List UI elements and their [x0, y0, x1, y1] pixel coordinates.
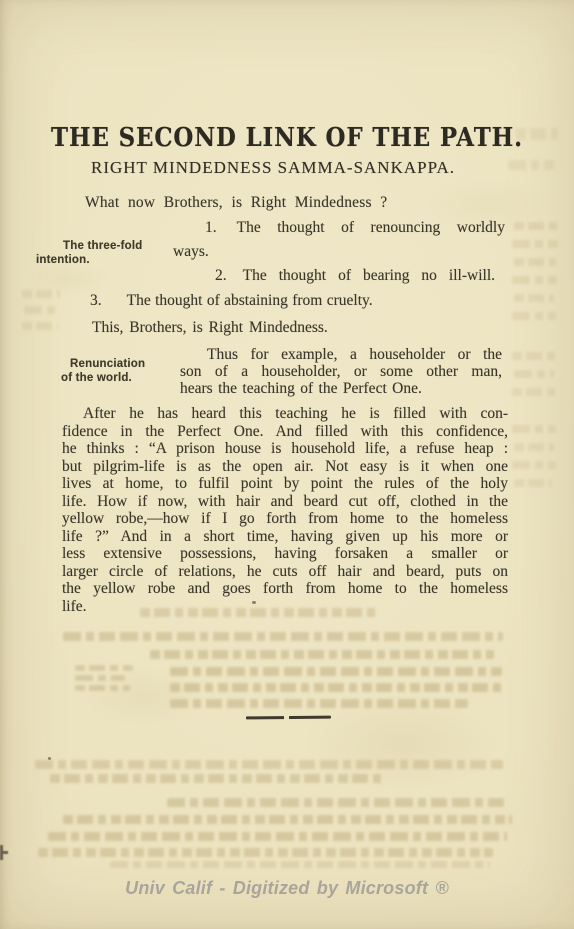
margin-note-line: Renunciation: [61, 358, 145, 372]
bleedthrough-smudge: [512, 461, 556, 469]
paragraph-line: life ?” And in a short time, having give…: [62, 528, 508, 546]
paragraph-line: yellow robe,—how if I go forth from home…: [62, 510, 508, 528]
bleedthrough-smudge: [50, 774, 385, 783]
bleedthrough-smudge: [514, 370, 554, 378]
paragraph-line: hears the teaching of the Perfect One.: [180, 380, 502, 397]
bleedthrough-smudge: [35, 760, 503, 769]
main-paragraph: After he has heard this teaching he is f…: [62, 405, 508, 615]
bleedthrough-smudge: [512, 312, 556, 320]
bleedthrough-smudge: [48, 832, 507, 841]
margin-note-line: intention.: [36, 254, 142, 268]
bleedthrough-smudge: [38, 848, 493, 857]
bleedthrough-smudge: [75, 675, 125, 681]
margin-note-line: The three-fold: [36, 240, 142, 254]
bleedthrough-smudge: [512, 388, 556, 396]
bleedthrough-smudge: [512, 352, 556, 360]
bleedthrough-smudge: [516, 128, 558, 140]
chapter-title: THE SECOND LINK OF THE PATH.: [34, 124, 539, 152]
paragraph-line: the yellow robe and goes forth from home…: [62, 580, 508, 598]
bleedthrough-smudge: [514, 294, 554, 302]
ink-speck: [252, 601, 256, 604]
paragraph-line: fidence in the Perfect One. And filled w…: [62, 423, 508, 441]
bleedthrough-smudge: [512, 276, 557, 284]
bleedthrough-smudge: [22, 290, 60, 298]
bleedthrough-smudge: [170, 667, 502, 676]
bleedthrough-smudge: [150, 650, 494, 659]
bleedthrough-smudge: [514, 479, 552, 487]
paragraph-line: he thinks : “A prison house is household…: [62, 440, 508, 458]
bleedthrough-smudge: [110, 861, 490, 868]
paragraph-line: son of a householder, or some other man,: [180, 363, 502, 380]
statement-line: This, Brothers, is Right Mindedness.: [92, 319, 328, 337]
bleedthrough-smudge: [75, 665, 133, 671]
paragraph-line: After he has heard this teaching he is f…: [62, 405, 508, 423]
bleedthrough-smudge: [512, 240, 558, 248]
list-item-3: 3. The thought of abstaining from cruelt…: [90, 292, 420, 310]
list-item-2: 2. The thought of bearing no ill-will.: [215, 267, 495, 285]
margin-note-threefold-intention: The three-fold intention.: [36, 240, 142, 267]
item-3-text: The thought of abstaining from cruelty.: [127, 292, 420, 310]
scanned-book-page: THE SECOND LINK OF THE PATH. RIGHT MINDE…: [0, 0, 574, 929]
bleedthrough-smudge: [63, 815, 512, 824]
bleedthrough-smudge: [140, 608, 380, 617]
bleedthrough-smudge: [170, 683, 505, 692]
paragraph-line: lives at home, to fulfil point by point …: [62, 475, 508, 493]
chapter-subtitle: RIGHT MINDEDNESS SAMMA-SANKAPPA.: [0, 158, 546, 177]
bleedthrough-smudge: [63, 632, 503, 641]
pencil-mark: [0, 845, 9, 860]
paragraph-line: larger circle of relations, he cuts off …: [62, 563, 508, 581]
question-line: What now Brothers, is Right Mindedness ?: [85, 194, 387, 212]
list-item-1: 1. The thought of renouncing worldly: [205, 219, 505, 237]
item-3-number: 3.: [90, 292, 102, 310]
digitization-watermark: Univ Calif - Digitized by Microsoft ®: [0, 878, 574, 899]
paragraph-line: but pilgrim-life is as the open air. Not…: [62, 458, 508, 476]
bleedthrough-smudge: [24, 306, 57, 314]
paragraph-line: less extensive possessions, having forsa…: [62, 545, 508, 563]
bleedthrough-smudge: [514, 443, 554, 451]
bleedthrough-smudge: [75, 685, 130, 691]
item-1-text: The thought of renouncing worldly: [237, 219, 505, 237]
bleedthrough-smudge: [167, 798, 507, 807]
item-2-number: 2.: [215, 267, 227, 285]
bleedthrough-smudge: [512, 425, 556, 433]
example-paragraph: Thus for example, a householder or the s…: [180, 346, 502, 398]
bleedthrough-smudge: [514, 258, 556, 266]
item-2-text: The thought of bearing no ill-will.: [243, 267, 495, 285]
paragraph-line: life. How if now, with hair and beard cu…: [62, 493, 508, 511]
paragraph-line: Thus for example, a householder or the: [180, 346, 502, 363]
section-divider-rule: [246, 716, 331, 720]
bleedthrough-smudge: [22, 322, 58, 330]
margin-note-renunciation: Renunciation of the world.: [61, 358, 145, 385]
item-1-number: 1.: [205, 219, 217, 237]
item-1-carryover: ways.: [173, 243, 209, 261]
bleedthrough-smudge: [514, 222, 558, 230]
margin-note-line: of the world.: [61, 372, 145, 386]
bleedthrough-smudge: [170, 699, 468, 708]
bleedthrough-smudge: [508, 160, 554, 170]
